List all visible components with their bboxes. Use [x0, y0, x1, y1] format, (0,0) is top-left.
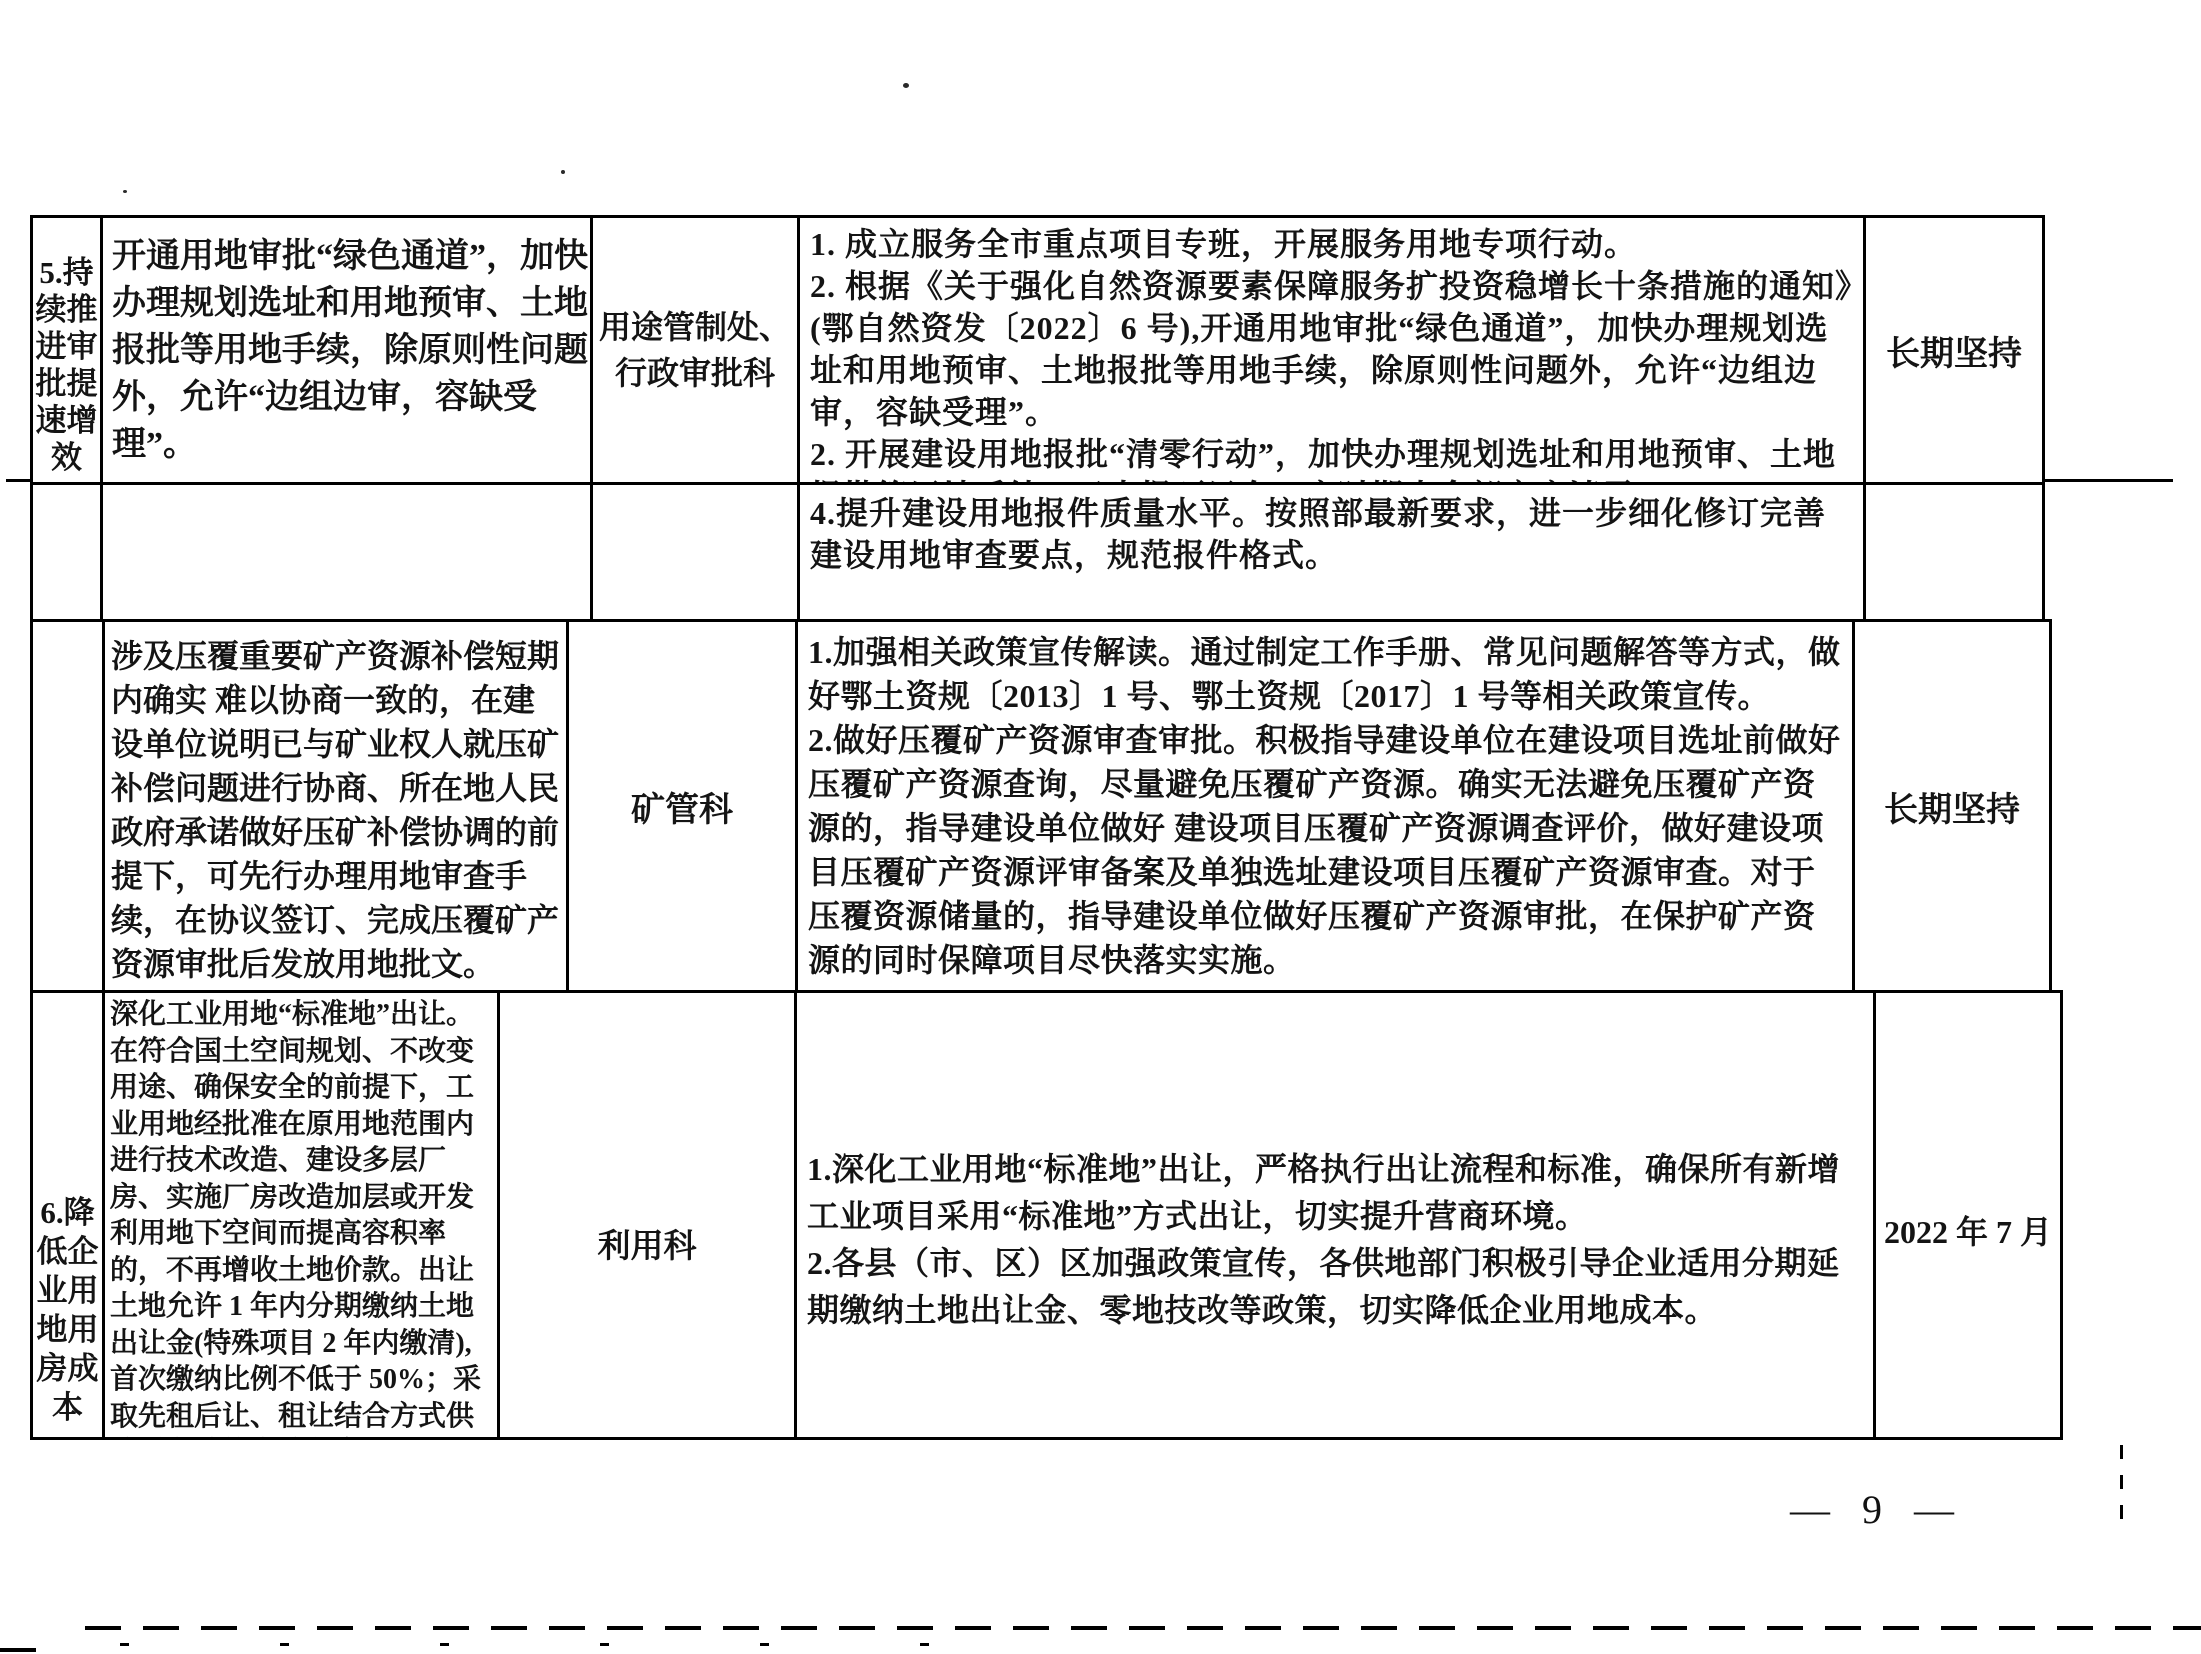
page-bottom-scan-edge: [85, 1626, 2201, 1630]
right-edge-scan-mark: [2120, 1445, 2123, 1533]
scan-speck: [561, 170, 565, 174]
deadline-cell: 长期坚持: [1866, 218, 2042, 482]
table-section-item6: 6.降 低企 业用 地用 房成 本 深化工业用地“标准地”出让。在符合国土空间规…: [30, 990, 2063, 1440]
page-bottom-scan-edge: [120, 1643, 1020, 1646]
measure-cell: 涉及压覆重要矿产资源补偿短期内确实 难以协商一致的，在建设单位说明已与矿业权人就…: [105, 622, 566, 990]
ruled-line-stub: [2043, 479, 2173, 482]
scan-speck: [1137, 288, 1141, 292]
page-bottom-scan-edge: [0, 1648, 36, 1652]
scan-speck: [123, 190, 127, 193]
table-section-minerals: 涉及压覆重要矿产资源补偿短期内确实 难以协商一致的，在建设单位说明已与矿业权人就…: [30, 619, 2052, 993]
measure-cell: 开通用地审批“绿色通道”，加快办理规划选址和用地预审、土地报批等用地手续，除原则…: [106, 218, 588, 482]
department-cell: 用途管制处、 行政审批科: [593, 218, 797, 482]
department-cell: 矿管科: [569, 622, 795, 990]
seq-cell: 5.持 续推 进审 批提 速增 效: [33, 254, 100, 480]
tasks-cell: 1.加强相关政策宣传解读。通过制定工作手册、常见问题解答等方式，做好鄂土资规〔2…: [798, 622, 1852, 990]
measure-cell: 深化工业用地“标准地”出让。在符合国土空间规划、不改变用途、确保安全的前提下，工…: [105, 993, 494, 1437]
tasks-cell: 4.提升建设用地报件质量水平。按照部最新要求，进一步细化修订完善建设用地审查要点…: [800, 485, 1863, 619]
grid-line-vertical: [100, 218, 103, 619]
page-number: — 9 —: [1790, 1486, 1958, 1533]
scan-speck: [903, 83, 909, 88]
deadline-cell: 长期坚持: [1855, 622, 2049, 990]
tasks-cell: 1. 成立服务全市重点项目专班，开展服务用地专项行动。 2. 根据《关于强化自然…: [800, 218, 1863, 482]
tasks-cell: 1.深化工业用地“标准地”出让，严格执行出让流程和标准，确保所有新增工业项目采用…: [797, 993, 1873, 1437]
seq-cell: 6.降 低企 业用 地用 房成 本: [33, 993, 102, 1437]
table-section-item5: 5.持 续推 进审 批提 速增 效 开通用地审批“绿色通道”，加快办理规划选址和…: [30, 215, 2045, 622]
department-cell: 利用科: [500, 993, 794, 1437]
scanned-document-page: 5.持 续推 进审 批提 速增 效 开通用地审批“绿色通道”，加快办理规划选址和…: [0, 0, 2201, 1654]
ruled-line-stub: [6, 479, 32, 482]
deadline-cell: 2022 年 7 月: [1876, 993, 2060, 1437]
